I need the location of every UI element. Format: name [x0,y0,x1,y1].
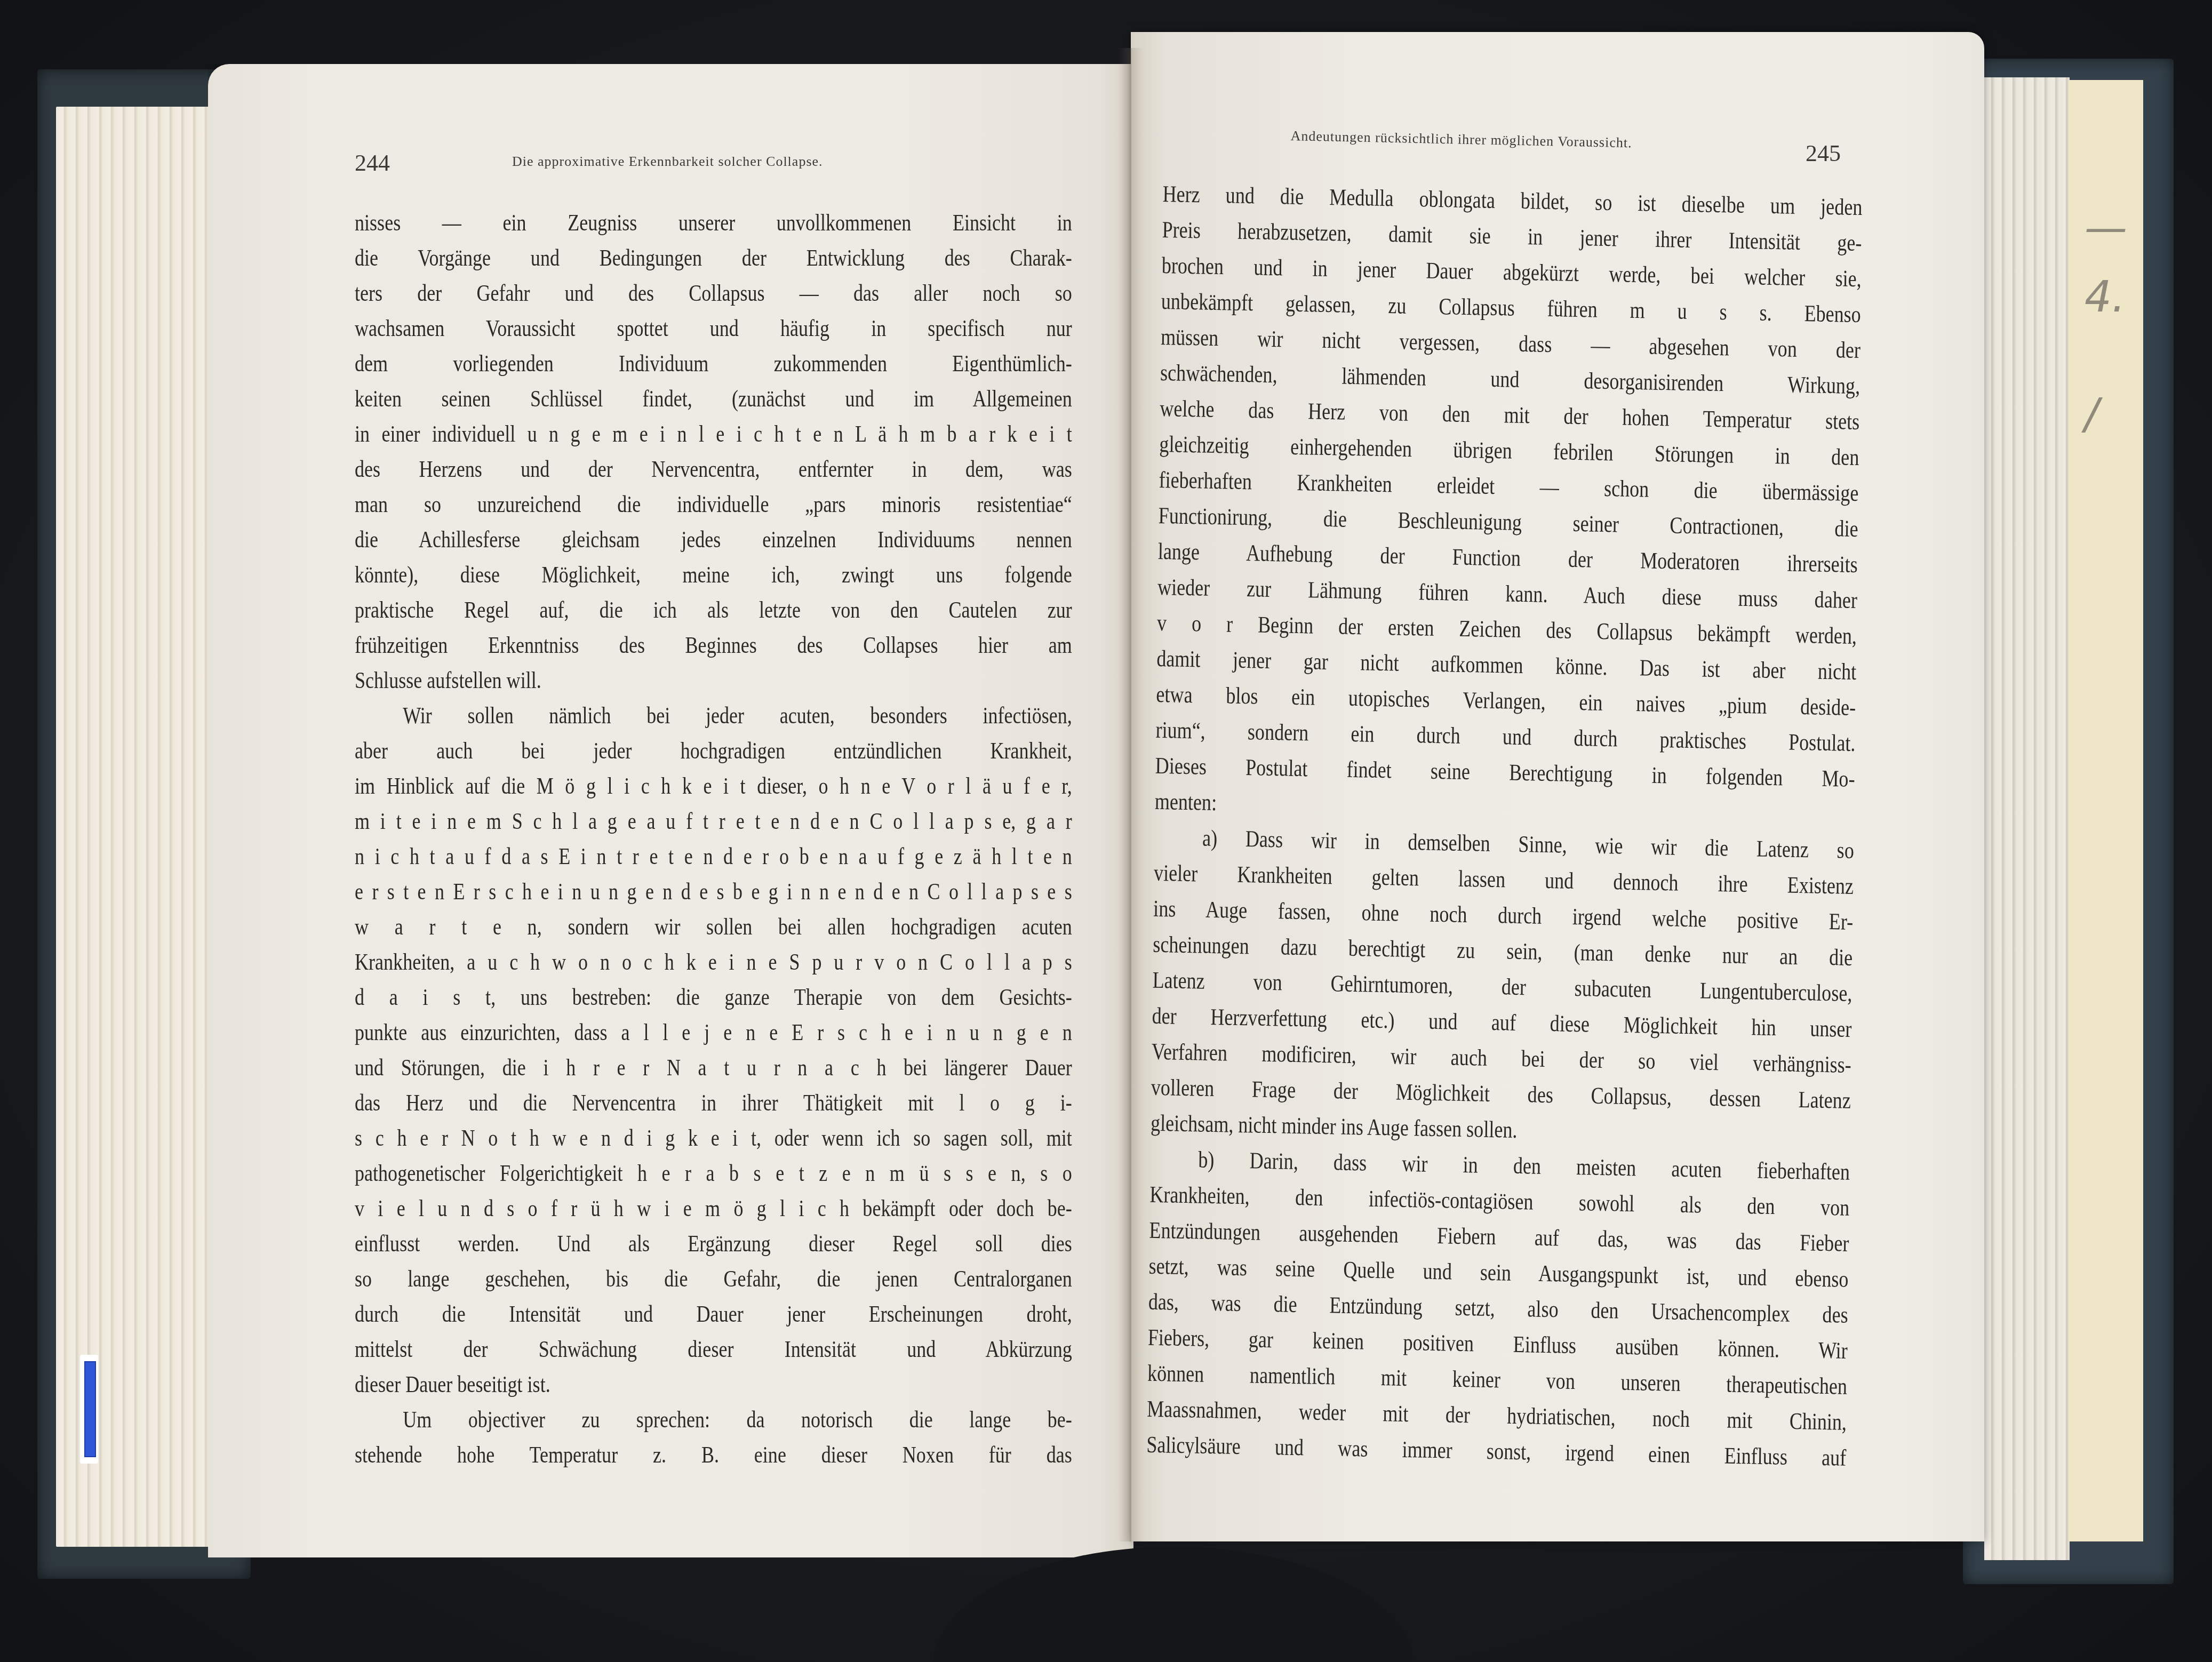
left-page-body: nisses — ein Zeugniss unserer unvollkomm… [355,205,1072,1473]
text-line: m i t e i n e m S c h l a g e a u f t r … [355,804,1072,839]
text-line: stehende hohe Temperatur z. B. eine dies… [355,1437,1072,1473]
text-line: frühzeitigen Erkenntniss des Beginnes de… [355,628,1072,663]
running-head-left: Die approximative Erkennbarkeit solcher … [512,154,823,170]
text-line: d a i s t, uns bestreben: die ganze Ther… [355,980,1072,1015]
text-line: pathogenetischer Folgerichtigkeit h e r … [355,1156,1072,1191]
text-line: aber auch bei jeder hochgradigen entzünd… [355,733,1072,769]
page-number-left: 244 [355,149,390,177]
page-number-right: 245 [1806,140,1841,167]
text-line: die Vorgänge und Bedingungen der Entwick… [355,241,1072,276]
text-line: nisses — ein Zeugniss unserer unvollkomm… [355,205,1072,241]
text-line: w a r t e n, sondern wir sollen bei alle… [355,909,1072,945]
left-page-stack-edges [56,107,216,1547]
text-line: mittelst der Schwächung dieser Intensitä… [355,1332,1072,1367]
right-page-body: Herz und die Medulla oblongata bildet, s… [1146,176,1863,1476]
text-line: und Störungen, die i h r e r N a t u r n… [355,1050,1072,1085]
text-line: Schlusse aufstellen will. [355,663,1072,698]
text-line: man so unzureichend die individuelle „pa… [355,487,1072,522]
text-line: wachsamen Voraussicht spottet und häufig… [355,311,1072,346]
text-line: im Hinblick auf die M ö g l i c h k e i … [355,769,1072,804]
text-line: dem vorliegenden Individuum zukommenden … [355,346,1072,381]
text-line: n i c h t a u f d a s E i n t r e t e n … [355,839,1072,874]
text-line: einflusst werden. Und als Ergänzung dies… [355,1226,1072,1261]
text-line: das Herz und die Nervencentra in ihrer T… [355,1085,1072,1121]
text-line: durch die Intensität und Dauer jener Ers… [355,1297,1072,1332]
text-line: ters der Gefahr und des Collapsus — das … [355,276,1072,311]
text-line: könnte), diese Möglichkeit, meine ich, z… [355,557,1072,593]
text-line: Krankheiten, a u c h w o n o c h k e i n… [355,945,1072,980]
text-line: die Achillesferse gleichsam jedes einzel… [355,522,1072,557]
pencil-mark: 4. [2085,272,2125,322]
pencil-mark: — [2085,203,2127,252]
book-gutter [1117,48,1144,1541]
library-label-blue [84,1361,96,1457]
text-line: dieser Dauer beseitigt ist. [355,1367,1072,1402]
pencil-mark: / [2085,389,2099,439]
text-line: keiten seinen Schlüssel findet, (zunächs… [355,381,1072,417]
library-label-tag [80,1355,98,1464]
text-line: e r s t e n E r s c h e i n u n g e n d … [355,874,1072,909]
text-line: v i e l u n d s o f r ü h w i e m ö g l … [355,1191,1072,1226]
text-line: in einer individuell u n g e m e i n l e… [355,417,1072,452]
text-line: punkte aus einzurichten, dass a l l e j … [355,1015,1072,1050]
text-line: so lange geschehen, bis die Gefahr, die … [355,1261,1072,1297]
right-page-stack-edges [1984,77,2070,1560]
text-line: s c h e r N o t h w e n d i g k e i t, o… [355,1121,1072,1156]
text-line: des Herzens und der Nervencentra, entfer… [355,452,1072,487]
endpaper: — 4. / [2069,80,2143,1541]
text-line: Wir sollen nämlich bei jeder acuten, bes… [355,698,1072,733]
text-line: Um objectiver zu sprechen: da notorisch … [355,1402,1072,1437]
text-line: praktische Regel auf, die ich als letzte… [355,593,1072,628]
